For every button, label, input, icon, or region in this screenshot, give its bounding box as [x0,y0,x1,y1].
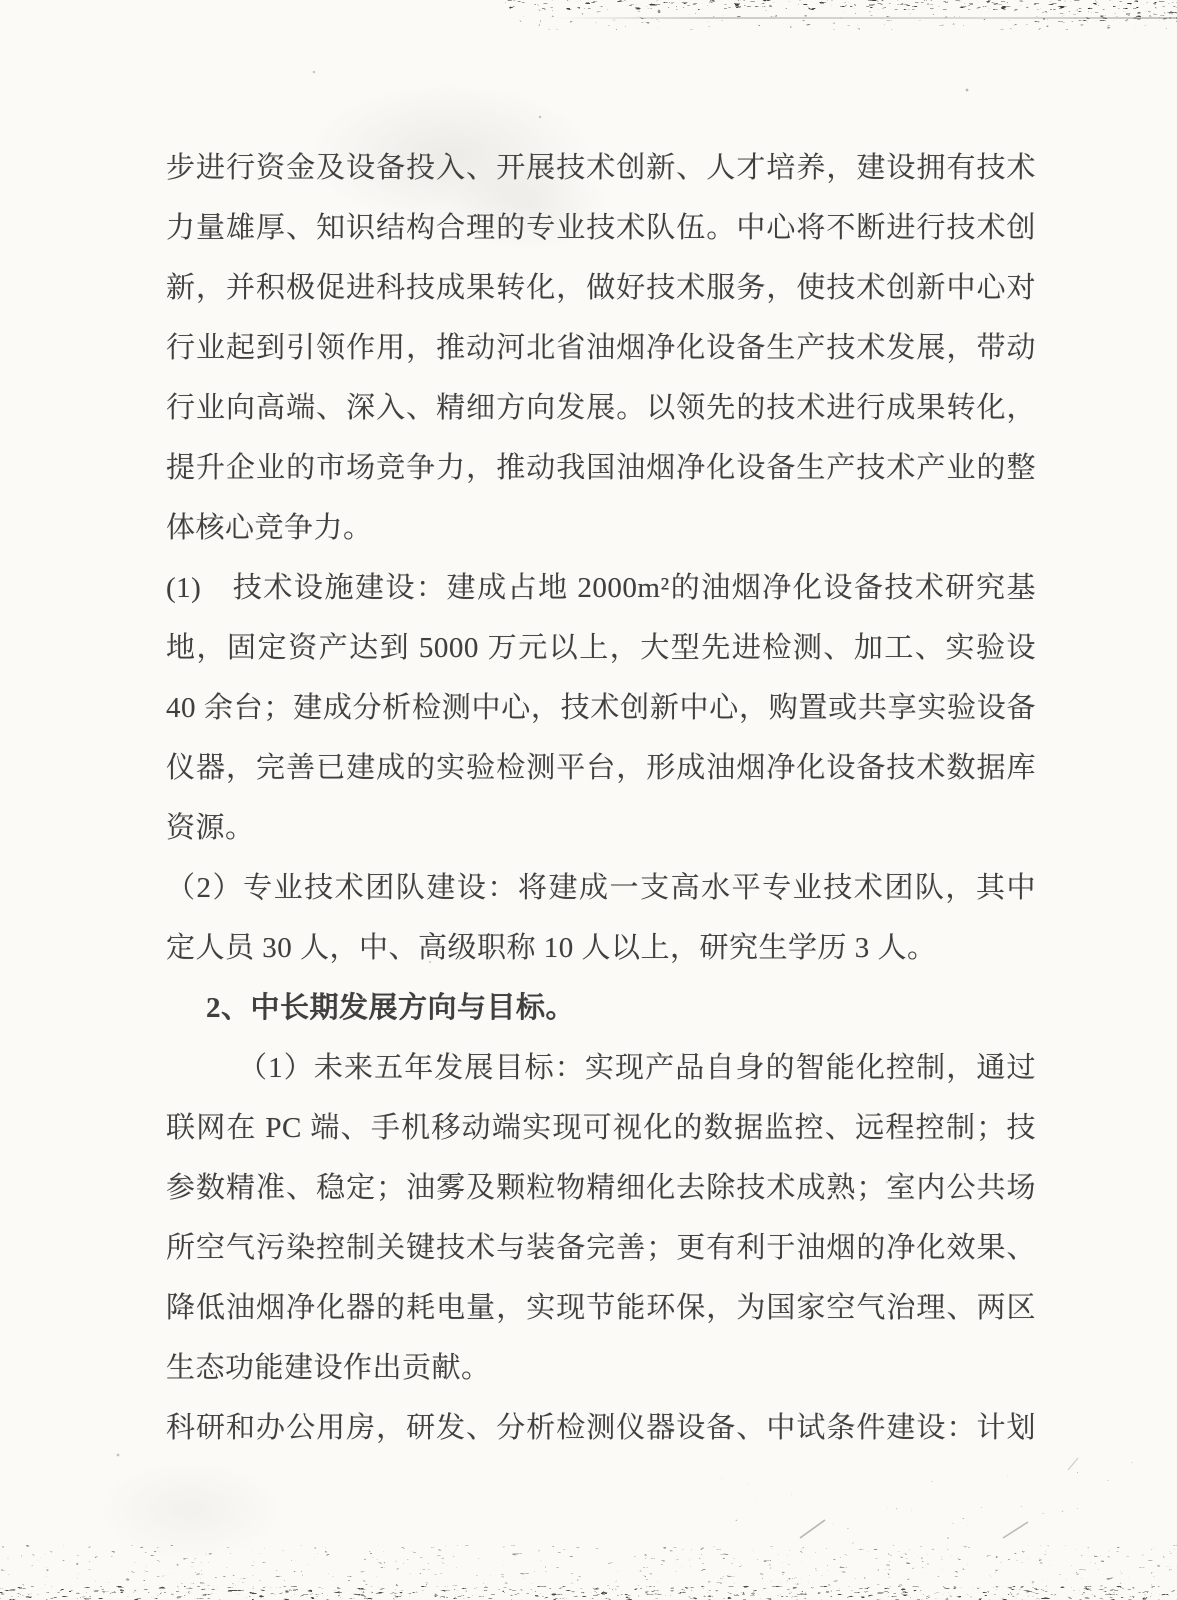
text-line: 所空气污染控制关键技术与装备完善；更有利于油烟的净化效果、 [166,1218,1036,1278]
text-line: 科研和办公用房，研发、分析检测仪器设备、中试条件建设：计划 [166,1398,1036,1458]
body-text: 步进行资金及设备投入、开展技术创新、人才培养，建设拥有技术 力量雄厚、知识结构合… [166,138,1036,1458]
text-line: 力量雄厚、知识结构合理的专业技术队伍。中心将不断进行技术创 [166,198,1036,258]
scan-edge-shadow [555,17,1177,19]
scratch-mark [1003,1522,1028,1538]
text-line: 降低油烟净化器的耗电量，实现节能环保，为国家空气治理、两区 [166,1278,1036,1338]
text-line: 参数精准、稳定；油雾及颗粒物精细化去除技术成熟；室内公共场 [166,1158,1036,1218]
text-line: 定人员 30 人，中、高级职称 10 人以上，研究生学历 3 人。 [166,918,1036,978]
text-line: 仪器，完善已建成的实验检测平台，形成油烟净化设备技术数据库 [166,738,1036,798]
text-line: 步进行资金及设备投入、开展技术创新、人才培养，建设拥有技术 [166,138,1036,198]
text-line-item-2: （2）专业技术团队建设：将建成一支高水平专业技术团队，其中固 [166,858,1036,918]
section-heading: 2、中长期发展方向与目标。 [166,978,1036,1038]
text-line: 行业起到引领作用，推动河北省油烟净化设备生产技术发展，带动 [166,318,1036,378]
text-line: 行业向高端、深入、精细方向发展。以领先的技术进行成果转化， [166,378,1036,438]
scratch-mark [1068,1458,1078,1470]
text-line: 提升企业的市场竞争力，推动我国油烟净化设备生产技术产业的整 [166,438,1036,498]
text-line: 联网在 PC 端、手机移动端实现可视化的数据监控、远程控制；技术 [166,1098,1036,1158]
text-line: 体核心竞争力。 [166,498,1036,558]
scan-smudge [60,1440,320,1580]
text-line: 地，固定资产达到 5000 万元以上，大型先进检测、加工、实验设备 [166,618,1036,678]
text-line-item-1: （1）未来五年发展目标：实现产品自身的智能化控制，通过互 [166,1038,1036,1098]
text-line: 生态功能建设作出贡献。 [166,1338,1036,1398]
document-page: 步进行资金及设备投入、开展技术创新、人才培养，建设拥有技术 力量雄厚、知识结构合… [0,0,1177,1600]
text-line: 资源。 [166,798,1036,858]
text-line-item-1: (1) 技术设施建设：建成占地 2000m²的油烟净化设备技术研究基 [166,558,1036,618]
text-line: 新，并积极促进科技成果转化，做好技术服务，使技术创新中心对 [166,258,1036,318]
scratch-mark [800,1520,825,1538]
text-line: 40 余台；建成分析检测中心，技术创新中心，购置或共享实验设备 [166,678,1036,738]
